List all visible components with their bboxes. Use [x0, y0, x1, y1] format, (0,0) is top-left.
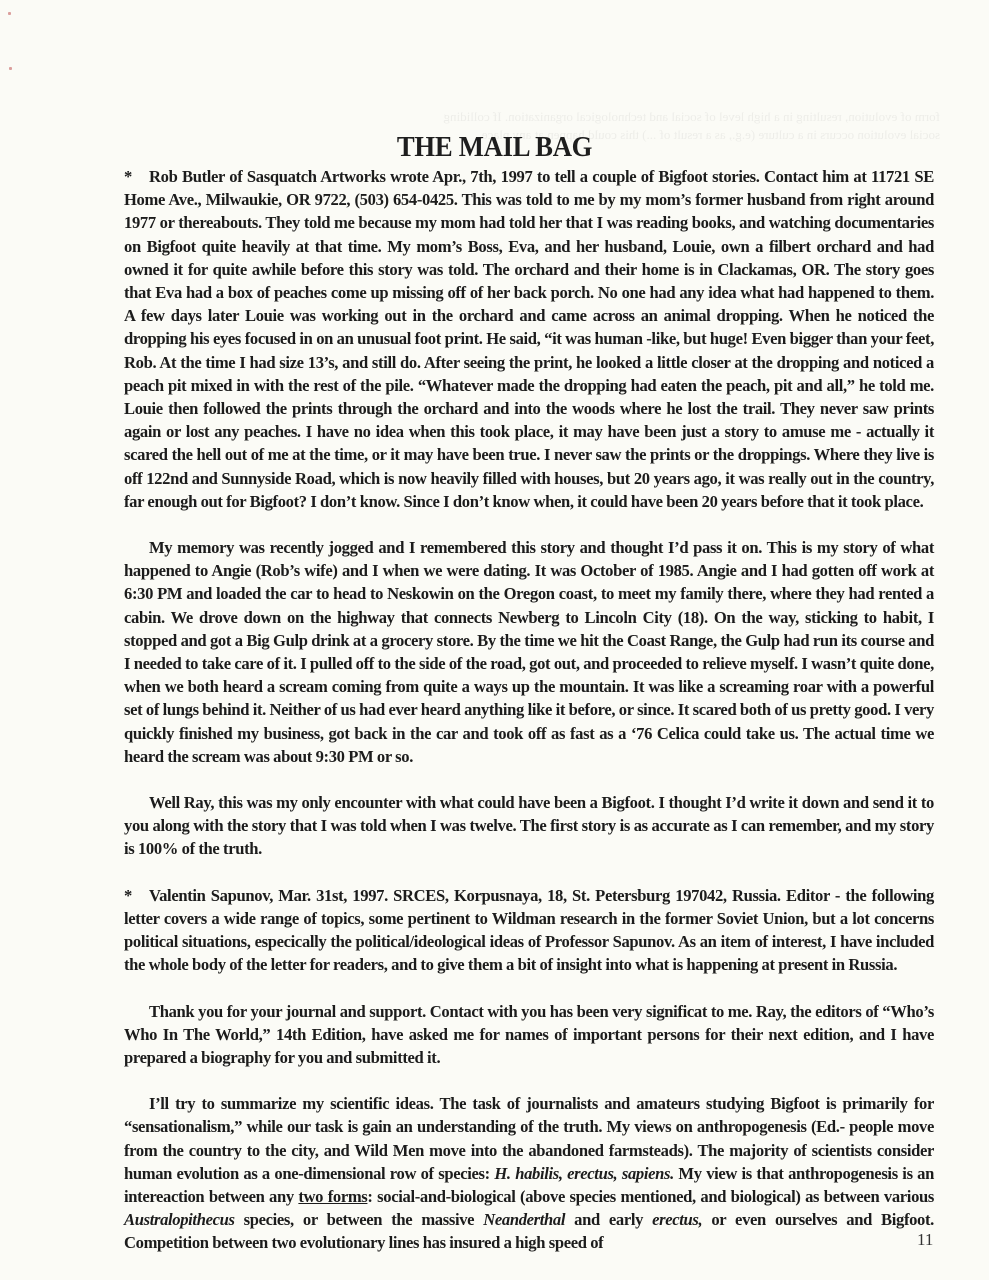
page-title: THE MAIL BAG — [40, 131, 950, 164]
letter-1-closing: Well Ray, this was my only encounter wit… — [124, 791, 934, 861]
article-body: *Rob Butler of Sasquatch Artworks wrote … — [124, 165, 934, 1278]
bullet-marker: * — [124, 165, 149, 188]
letter-2-intro: *Valentin Sapunov, Mar. 31st, 1997. SRCE… — [124, 884, 934, 977]
letter-1-story-2: My memory was recently jogged and I reme… — [124, 536, 934, 768]
page-number: 11 — [917, 1230, 933, 1250]
scan-speck — [9, 67, 12, 70]
letter-1-intro: *Rob Butler of Sasquatch Artworks wrote … — [124, 165, 934, 513]
letter-2-scientific-ideas: I’ll try to summarize my scientific idea… — [124, 1092, 934, 1254]
bullet-marker: * — [124, 884, 149, 907]
scan-speck — [8, 12, 11, 15]
letter-2-thanks: Thank you for your journal and support. … — [124, 1000, 934, 1070]
